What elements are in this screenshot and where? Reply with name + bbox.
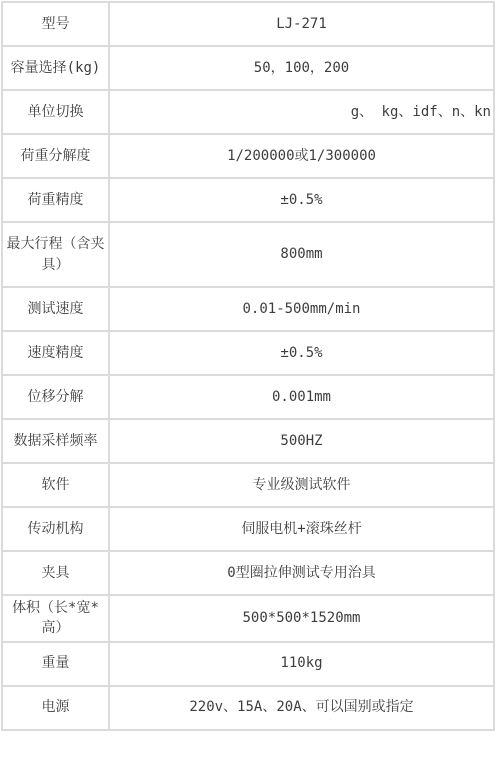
table-row: 传动机构 伺服电机+滚珠丝杆 — [2, 507, 494, 551]
spec-label: 电源 — [2, 686, 109, 730]
spec-label: 体积（长*宽*高） — [2, 595, 109, 642]
spec-value: 0.001mm — [109, 375, 494, 419]
spec-label: 荷重精度 — [2, 178, 109, 222]
spec-value: 0.01-500mm/min — [109, 287, 494, 331]
spec-value: 500HZ — [109, 419, 494, 463]
product-spec-table: 型号 LJ-271 容量选择(kg) 50，100，200 单位切换 g、 kg… — [1, 1, 495, 731]
table-row: 体积（长*宽*高） 500*500*1520mm — [2, 595, 494, 642]
spec-label: 容量选择(kg) — [2, 46, 109, 90]
spec-value: 500*500*1520mm — [109, 595, 494, 642]
table-row: 测试速度 0.01-500mm/min — [2, 287, 494, 331]
spec-value: 220v、15A、20A、可以国别或指定 — [109, 686, 494, 730]
spec-value: LJ-271 — [109, 2, 494, 46]
table-row: 数据采样频率 500HZ — [2, 419, 494, 463]
table-row: 电源 220v、15A、20A、可以国别或指定 — [2, 686, 494, 730]
spec-label: 夹具 — [2, 551, 109, 595]
table-row: 夹具 0型圈拉伸测试专用治具 — [2, 551, 494, 595]
spec-label: 最大行程（含夹具） — [2, 222, 109, 287]
spec-value: g、 kg、idf、n、kn — [109, 90, 494, 134]
table-row: 荷重精度 ±0.5% — [2, 178, 494, 222]
spec-value: 50，100，200 — [109, 46, 494, 90]
table-row: 最大行程（含夹具） 800mm — [2, 222, 494, 287]
table-row: 重量 110kg — [2, 642, 494, 686]
spec-value: 1/200000或1/300000 — [109, 134, 494, 178]
spec-label: 数据采样频率 — [2, 419, 109, 463]
spec-value: ±0.5% — [109, 331, 494, 375]
spec-label: 位移分解 — [2, 375, 109, 419]
spec-label: 速度精度 — [2, 331, 109, 375]
spec-value: 110kg — [109, 642, 494, 686]
table-row: 容量选择(kg) 50，100，200 — [2, 46, 494, 90]
table-row: 速度精度 ±0.5% — [2, 331, 494, 375]
table-row: 位移分解 0.001mm — [2, 375, 494, 419]
table-row: 软件 专业级测试软件 — [2, 463, 494, 507]
table-row: 单位切换 g、 kg、idf、n、kn — [2, 90, 494, 134]
spec-value: 伺服电机+滚珠丝杆 — [109, 507, 494, 551]
spec-value: 800mm — [109, 222, 494, 287]
spec-label: 软件 — [2, 463, 109, 507]
spec-label: 重量 — [2, 642, 109, 686]
spec-value: 0型圈拉伸测试专用治具 — [109, 551, 494, 595]
table-row: 荷重分解度 1/200000或1/300000 — [2, 134, 494, 178]
spec-label: 型号 — [2, 2, 109, 46]
spec-label: 传动机构 — [2, 507, 109, 551]
spec-value: 专业级测试软件 — [109, 463, 494, 507]
spec-label: 荷重分解度 — [2, 134, 109, 178]
table-row: 型号 LJ-271 — [2, 2, 494, 46]
spec-label: 测试速度 — [2, 287, 109, 331]
spec-value: ±0.5% — [109, 178, 494, 222]
spec-label: 单位切换 — [2, 90, 109, 134]
